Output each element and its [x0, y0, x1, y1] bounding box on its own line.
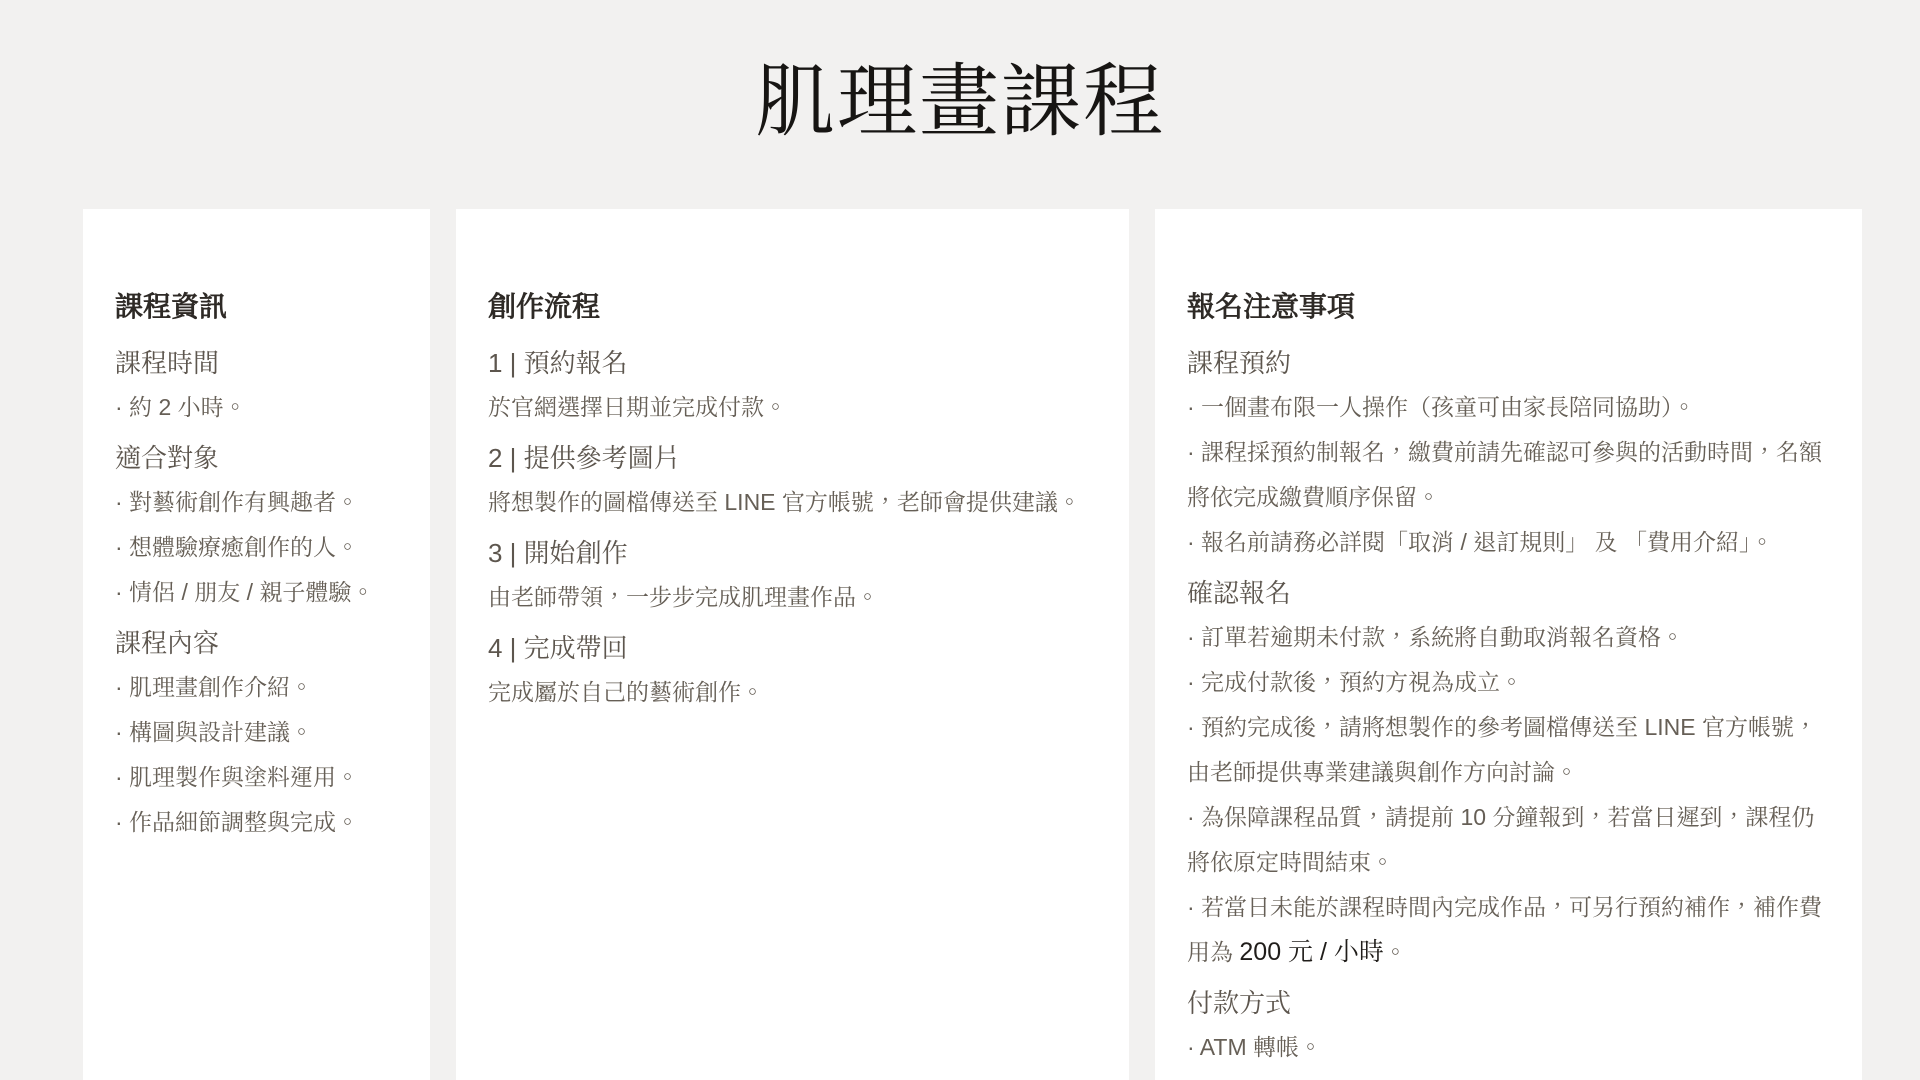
note-item: · 想體驗療癒創作的人。: [115, 525, 398, 570]
step-description: 於官網選擇日期並完成付款。: [488, 385, 1097, 430]
note-item: · 訂單若逾期未付款，系統將自動取消報名資格。: [1187, 615, 1830, 660]
card-creation-process: 創作流程1 | 預約報名於官網選擇日期並完成付款。2 | 提供參考圖片將想製作的…: [456, 209, 1129, 1080]
section-subheading: 適合對象: [115, 438, 398, 478]
note-item: · 作品細節調整與完成。: [115, 800, 398, 845]
note-item: · 肌理畫創作介紹。: [115, 665, 398, 710]
page-title: 肌理畫課程: [0, 50, 1920, 154]
note-item: · 報名前請務必詳閱「取消 / 退訂規則」 及 「費用介紹」。: [1187, 520, 1830, 565]
card-heading: 課程資訊: [115, 289, 398, 325]
note-item: · 課程採預約制報名，繳費前請先確認可參與的活動時間，名額將依完成繳費順序保留。: [1187, 430, 1830, 520]
step-name: 3 | 開始創作: [488, 533, 1097, 573]
note-text: 。: [1384, 939, 1407, 965]
step-name: 1 | 預約報名: [488, 343, 1097, 383]
note-item: · ATM 轉帳。: [1187, 1025, 1830, 1070]
section-subheading: 確認報名: [1187, 573, 1830, 613]
cards-row: 課程資訊課程時間· 約 2 小時。適合對象· 對藝術創作有興趣者。· 想體驗療癒…: [83, 209, 1920, 1080]
step-description: 完成屬於自己的藝術創作。: [488, 670, 1097, 715]
step-name: 4 | 完成帶回: [488, 628, 1097, 668]
card-registration-notes: 報名注意事項課程預約· 一個畫布限一人操作（孩童可由家長陪同協助）。· 課程採預…: [1155, 209, 1862, 1080]
card-course-info: 課程資訊課程時間· 約 2 小時。適合對象· 對藝術創作有興趣者。· 想體驗療癒…: [83, 209, 430, 1080]
note-item: · 完成付款後，預約方視為成立。: [1187, 660, 1830, 705]
note-item: · 對藝術創作有興趣者。: [115, 480, 398, 525]
page-header: 肌理畫課程: [0, 0, 1920, 154]
section-subheading: 課程預約: [1187, 343, 1830, 383]
section-subheading: 課程時間: [115, 343, 398, 383]
card-heading: 創作流程: [488, 289, 1097, 325]
step-description: 由老師帶領，一步步完成肌理畫作品。: [488, 575, 1097, 620]
section-subheading: 課程內容: [115, 623, 398, 663]
section-subheading: 付款方式: [1187, 983, 1830, 1023]
note-item: · 為保障課程品質，請提前 10 分鐘報到，若當日遲到，課程仍將依原定時間結束。: [1187, 795, 1830, 885]
note-emphasis: 200 元 / 小時: [1239, 938, 1384, 966]
note-item: · 約 2 小時。: [115, 385, 398, 430]
note-item: · 情侶 / 朋友 / 親子體驗。: [115, 570, 398, 615]
card-heading: 報名注意事項: [1187, 289, 1830, 325]
note-item: · 一個畫布限一人操作（孩童可由家長陪同協助）。: [1187, 385, 1830, 430]
step-name: 2 | 提供參考圖片: [488, 438, 1097, 478]
note-item: · 若當日未能於課程時間內完成作品，可另行預約補作，補作費用為 200 元 / …: [1187, 885, 1830, 975]
note-item: · 構圖與設計建議。: [115, 710, 398, 755]
step-description: 將想製作的圖檔傳送至 LINE 官方帳號，老師會提供建議。: [488, 480, 1097, 525]
note-item: · 肌理製作與塗料運用。: [115, 755, 398, 800]
note-item: · 預約完成後，請將想製作的參考圖檔傳送至 LINE 官方帳號，由老師提供專業建…: [1187, 705, 1830, 795]
